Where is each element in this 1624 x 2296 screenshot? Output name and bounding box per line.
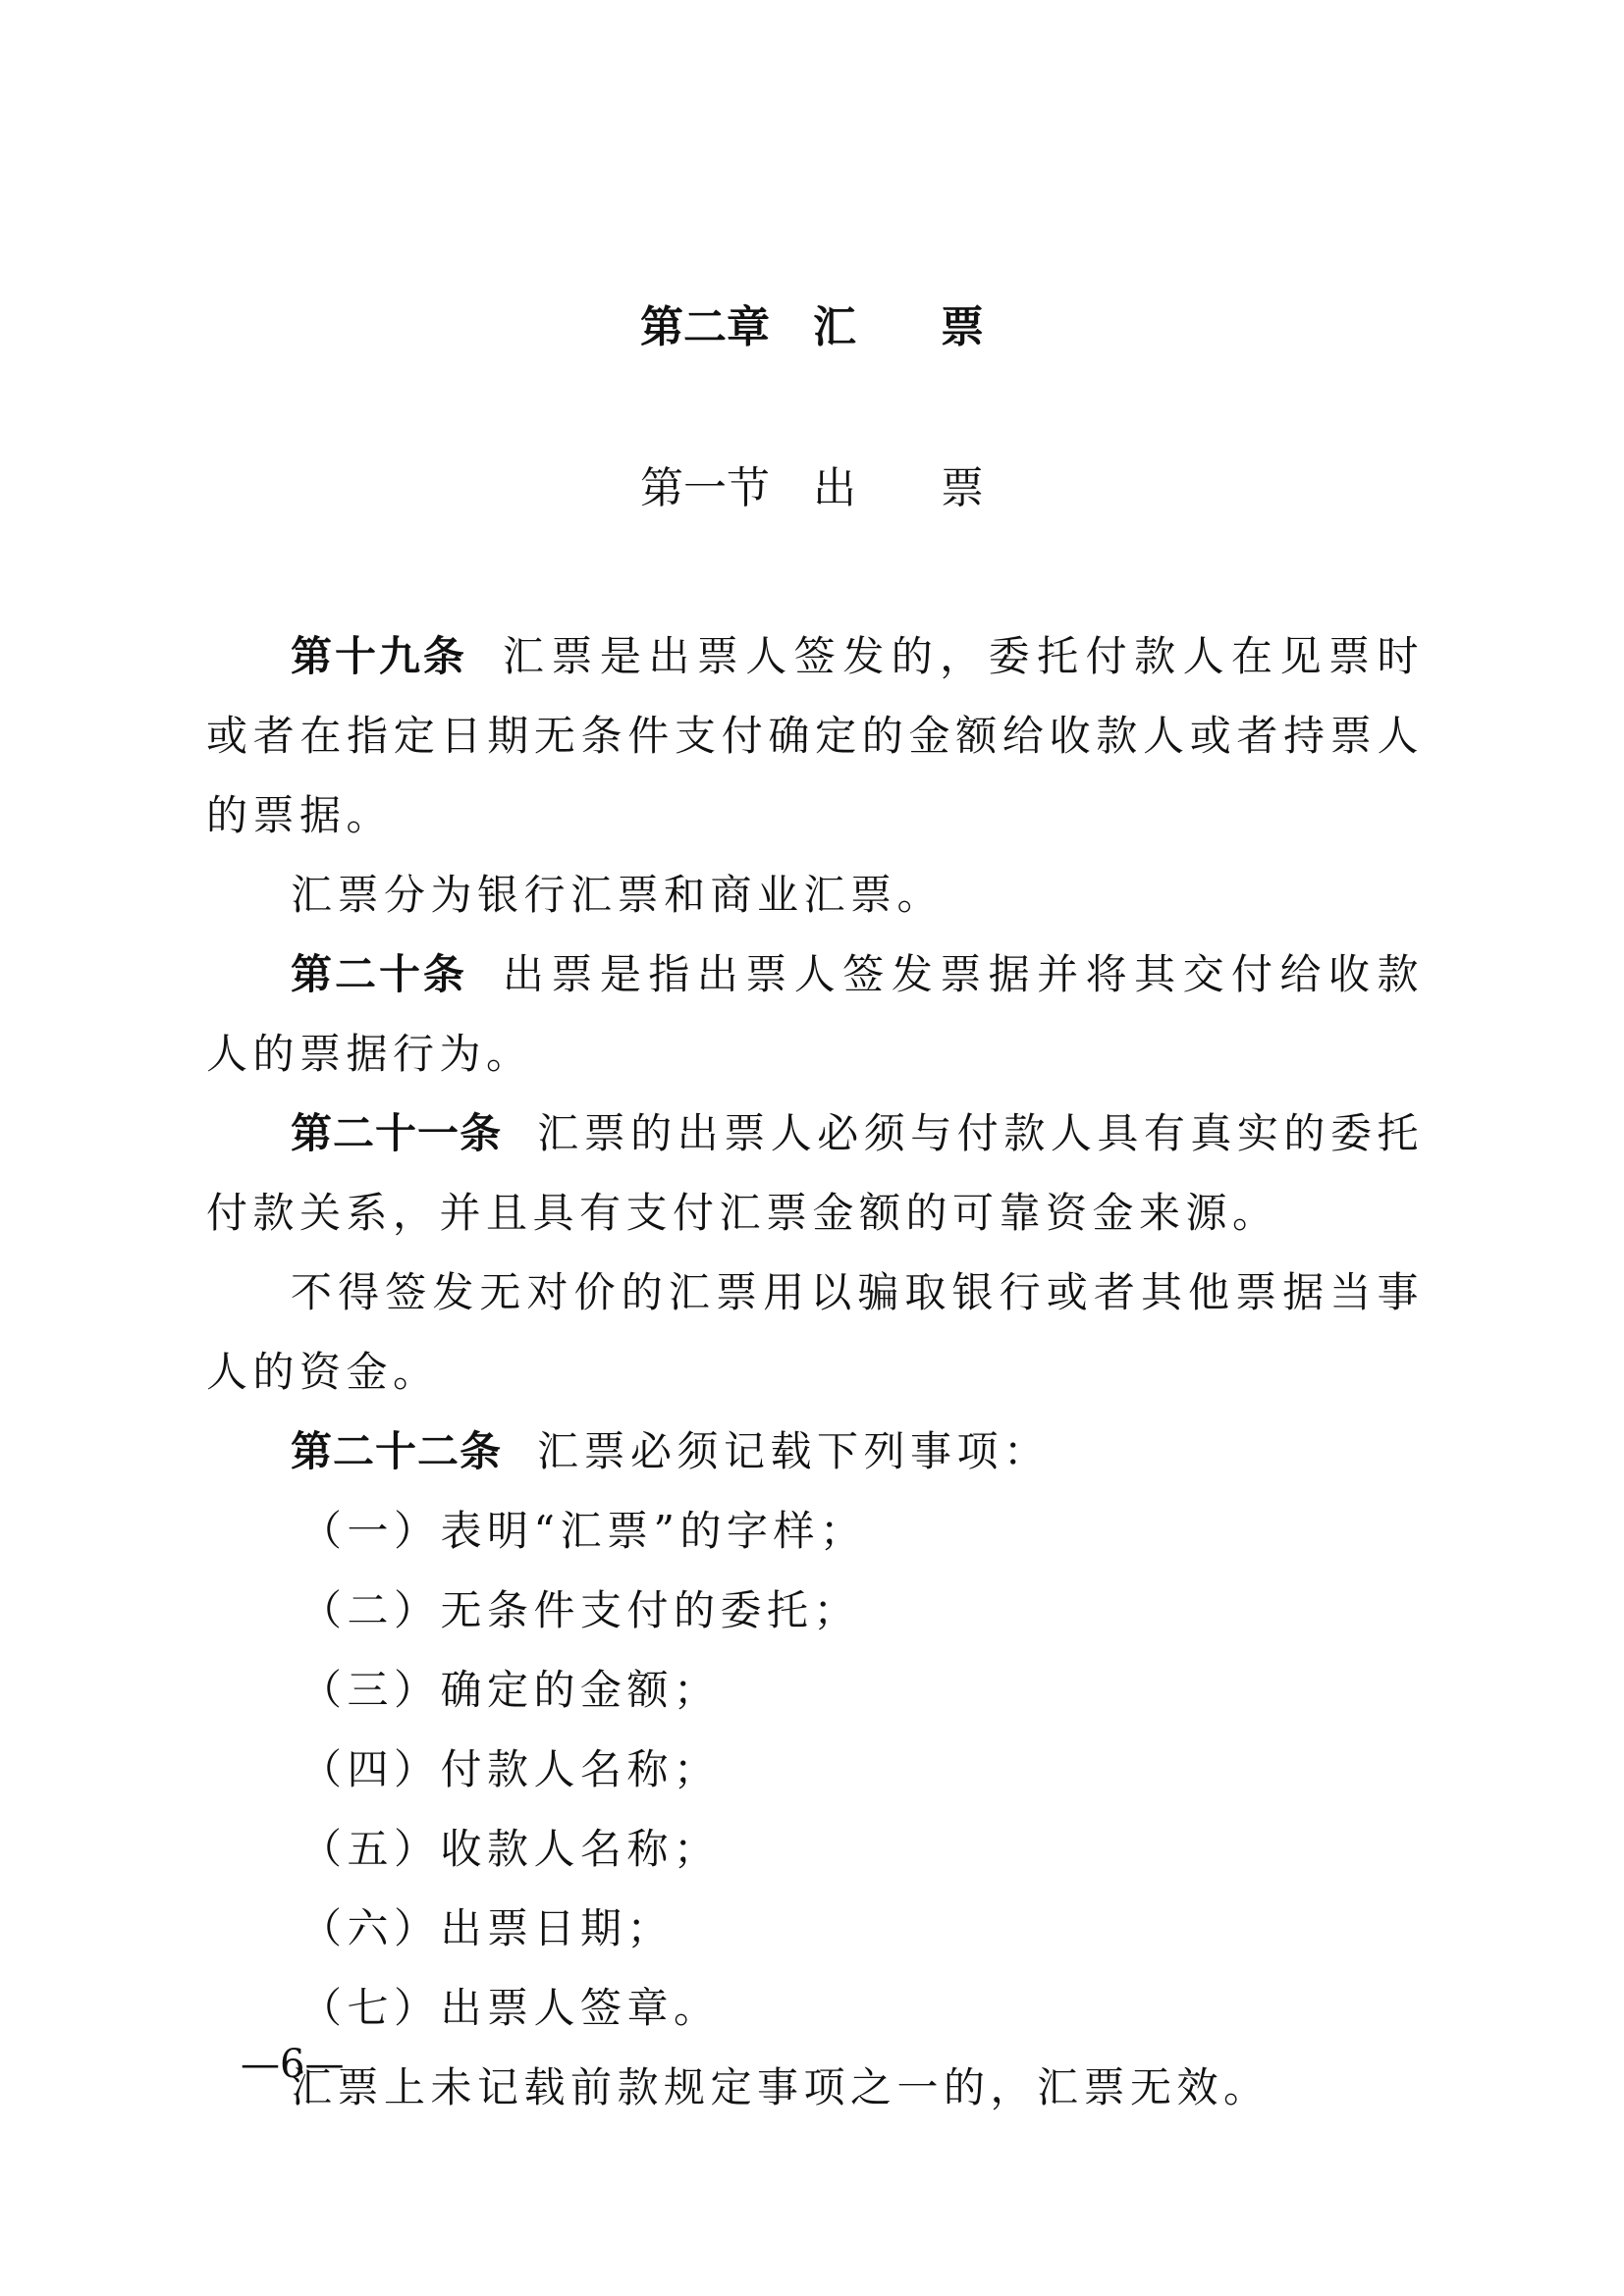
- list-item: （一）表明“汇票”的字样；: [206, 1491, 1424, 1571]
- article-20: 第二十条出票是指出票人签发票据并将其交付给收款人的票据行为。: [206, 934, 1424, 1094]
- chapter-number: 第二章: [640, 300, 770, 355]
- list-item: （六）出票日期；: [206, 1889, 1424, 1968]
- section-number: 第一节: [640, 461, 770, 516]
- chapter-title-char: 汇: [813, 300, 856, 355]
- article-21: 第二十一条汇票的出票人必须与付款人具有真实的委托付款关系，并且具有支付汇票金额的…: [206, 1094, 1424, 1253]
- section-heading: 第一节出票: [0, 461, 1624, 516]
- article-22: 第二十二条汇票必须记载下列事项：: [206, 1412, 1424, 1491]
- list-item: （四）付款人名称；: [206, 1730, 1424, 1809]
- list-item: （二）无条件支付的委托；: [206, 1571, 1424, 1650]
- list-item: （五）收款人名称；: [206, 1809, 1424, 1889]
- article-label: 第二十条: [291, 950, 467, 998]
- article-label: 第二十一条: [291, 1109, 502, 1157]
- article-text: 汇票必须记载下列事项：: [537, 1427, 1051, 1475]
- paragraph: 汇票上未记载前款规定事项之一的，汇票无效。: [206, 2048, 1424, 2127]
- section-title-char: 出: [813, 461, 856, 516]
- chapter-title-char: 票: [941, 300, 984, 355]
- section-title-char: 票: [941, 461, 984, 516]
- article-19: 第十九条汇票是出票人签发的，委托付款人在见票时或者在指定日期无条件支付确定的金额…: [206, 616, 1424, 855]
- paragraph: 汇票分为银行汇票和商业汇票。: [206, 855, 1424, 934]
- article-label: 第十九条: [291, 632, 467, 680]
- list-item: （七）出票人签章。: [206, 1968, 1424, 2048]
- chapter-heading: 第二章汇票: [0, 300, 1624, 355]
- list-item: （三）确定的金额；: [206, 1650, 1424, 1730]
- page-number: —6—: [241, 2040, 344, 2089]
- paragraph: 不得签发无对价的汇票用以骗取银行或者其他票据当事人的资金。: [206, 1253, 1424, 1412]
- article-label: 第二十二条: [291, 1427, 502, 1475]
- document-body: 第十九条汇票是出票人签发的，委托付款人在见票时或者在指定日期无条件支付确定的金额…: [206, 616, 1424, 2127]
